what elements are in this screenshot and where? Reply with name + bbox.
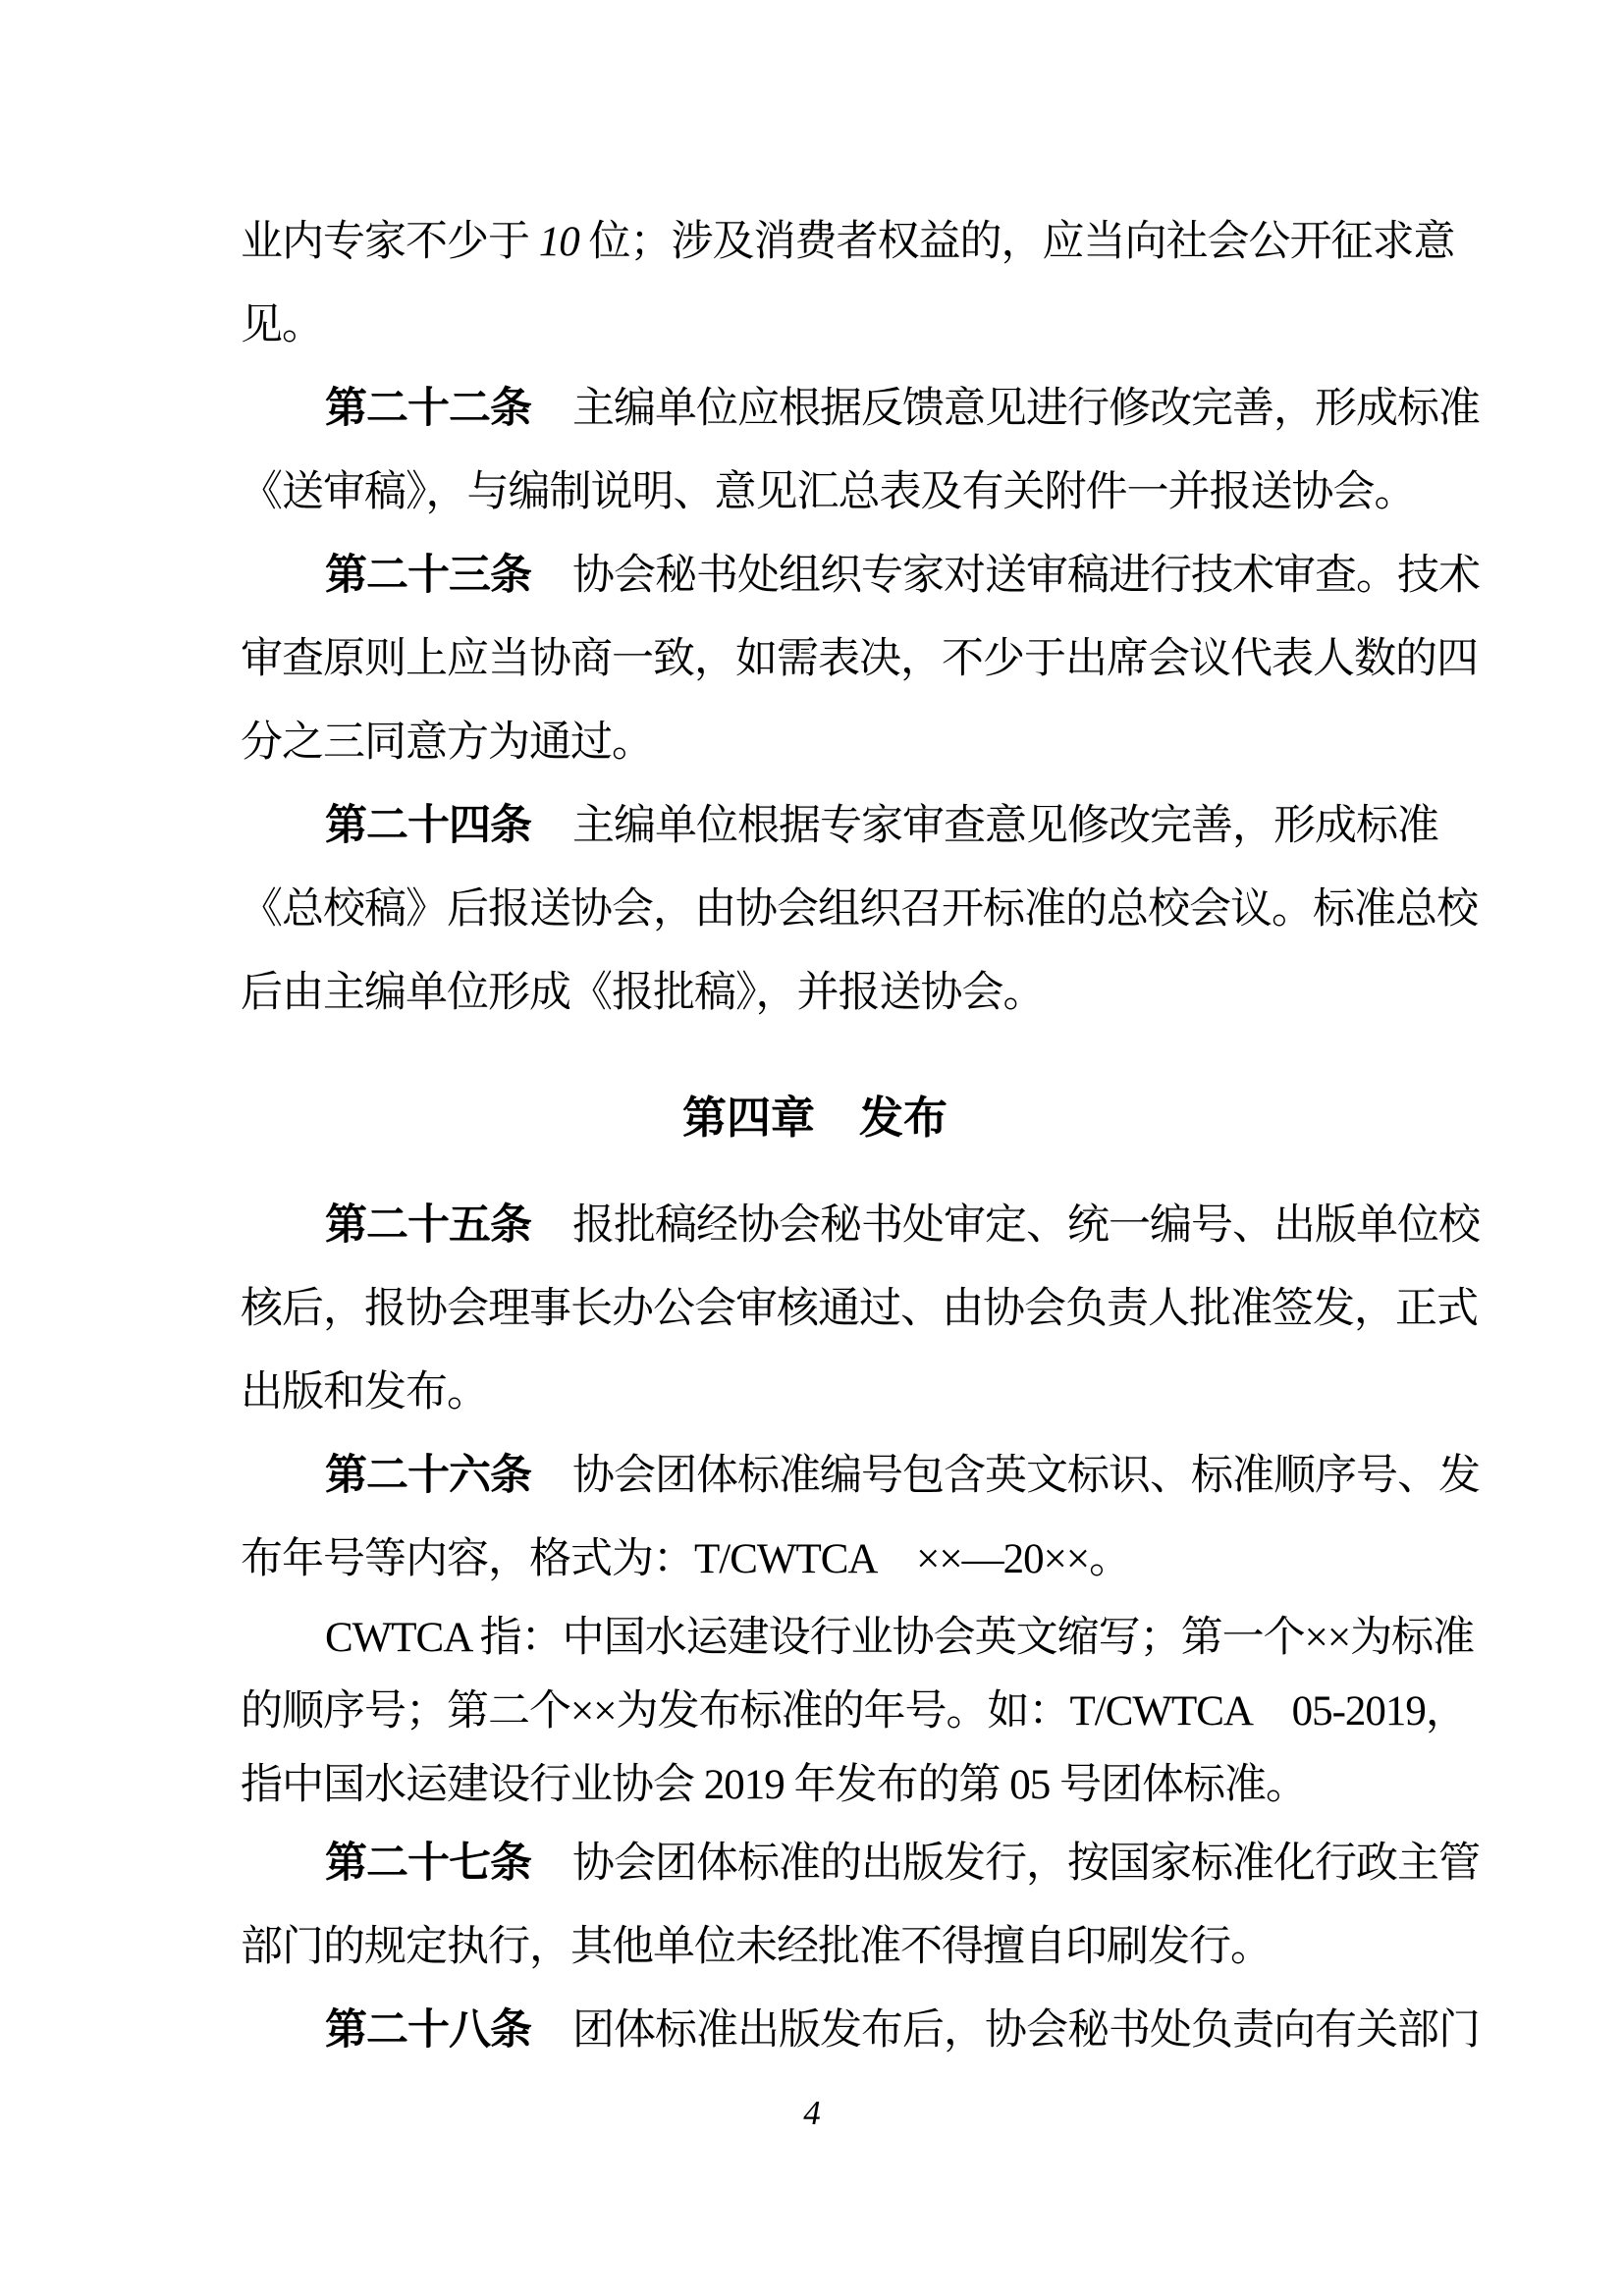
text-line: 《送审稿》，与编制说明、意见汇总表及有关附件一并报送协会。: [241, 451, 1389, 534]
text-run: 团体标准出版发布后，协会秘书处负责向有关部门: [531, 2007, 1480, 2054]
text-line: 《总校稿》后报送协会，由协会组织召开标准的总校会议。标准总校: [241, 868, 1389, 951]
article-number: 第二十七条: [325, 1840, 531, 1887]
text-run: 出版和发布。: [241, 1369, 488, 1415]
paragraph: 业内专家不少于 10 位；涉及消费者权益的，应当向社会公开征求意见。: [241, 200, 1389, 367]
text-run: 位；涉及消费者权益的，应当向社会公开征求意: [579, 219, 1455, 265]
text-run: 的顺序号；第二个××为发布标准的年号。如：T/CWTCA 05-2019，: [241, 1688, 1467, 1735]
text-line: 第二十三条 协会秘书处组织专家对送审稿进行技术审查。技术: [241, 534, 1389, 617]
text-run: 审查原则上应当协商一致，如需表决，不少于出席会议代表人数的四: [241, 636, 1478, 682]
text-line: 后由主编单位形成《报批稿》，并报送协会。: [241, 951, 1389, 1035]
article-number: 第四章 发布: [682, 1093, 947, 1143]
text-run: 《总校稿》后报送协会，由协会组织召开标准的总校会议。标准总校: [241, 886, 1478, 933]
text-line: 见。: [241, 284, 1389, 367]
text-run: 部门的规定执行，其他单位未经批准不得擅自印刷发行。: [241, 1924, 1272, 1970]
text-line: 的顺序号；第二个××为发布标准的年号。如：T/CWTCA 05-2019，: [241, 1675, 1389, 1748]
text-run: 布年号等内容，格式为：T/CWTCA ××—20××。: [241, 1536, 1130, 1582]
page-number: 4: [0, 2089, 1624, 2138]
text-run: 协会团体标准编号包含英文标识、标准顺序号、发: [531, 1453, 1480, 1499]
text-line: 部门的规定执行，其他单位未经批准不得擅自印刷发行。: [241, 1905, 1389, 1989]
text-line: 第二十六条 协会团体标准编号包含英文标识、标准顺序号、发: [241, 1434, 1389, 1518]
article-number: 第二十五条: [325, 1201, 531, 1249]
text-run: 《送审稿》，与编制说明、意见汇总表及有关附件一并报送协会。: [241, 469, 1416, 515]
text-run: 见。: [241, 302, 323, 348]
text-line: 第二十五条 报批稿经协会秘书处审定、统一编号、出版单位校: [241, 1184, 1389, 1267]
paragraph: 第二十五条 报批稿经协会秘书处审定、统一编号、出版单位校核后，报协会理事长办公会…: [241, 1184, 1389, 1434]
numeral-text: 10: [539, 219, 579, 265]
text-line: 布年号等内容，格式为：T/CWTCA ××—20××。: [241, 1518, 1389, 1601]
text-line: 指中国水运建设行业协会 2019 年发布的第 05 号团体标准。: [241, 1748, 1389, 1822]
paragraph: 第二十四条 主编单位根据专家审查意见修改完善，形成标准《总校稿》后报送协会，由协…: [241, 784, 1389, 1035]
text-run: 后由主编单位形成《报批稿》，并报送协会。: [241, 970, 1045, 1016]
text-run: 协会秘书处组织专家对送审稿进行技术审查。技术: [531, 553, 1480, 599]
paragraph: 第二十三条 协会秘书处组织专家对送审稿进行技术审查。技术审查原则上应当协商一致，…: [241, 534, 1389, 784]
paragraph: 第二十二条 主编单位应根据反馈意见进行修改完善，形成标准《送审稿》，与编制说明、…: [241, 367, 1389, 534]
text-line: 核后，报协会理事长办公会审核通过、由协会负责人批准签发，正式: [241, 1267, 1389, 1351]
text-line: 第二十四条 主编单位根据专家审查意见修改完善，形成标准: [241, 784, 1389, 868]
text-run: 指中国水运建设行业协会 2019 年发布的第 05 号团体标准。: [241, 1762, 1307, 1808]
paragraph: 第二十六条 协会团体标准编号包含英文标识、标准顺序号、发布年号等内容，格式为：T…: [241, 1434, 1389, 1601]
paragraph: 第二十八条 团体标准出版发布后，协会秘书处负责向有关部门: [241, 1989, 1389, 2072]
chapter-heading: 第四章 发布: [241, 1076, 1389, 1160]
document-page: 业内专家不少于 10 位；涉及消费者权益的，应当向社会公开征求意见。第二十二条 …: [0, 0, 1624, 2296]
text-line: 第二十八条 团体标准出版发布后，协会秘书处负责向有关部门: [241, 1989, 1389, 2072]
text-run: 主编单位应根据反馈意见进行修改完善，形成标准: [531, 386, 1480, 432]
text-line: 出版和发布。: [241, 1351, 1389, 1434]
text-line: 第二十七条 协会团体标准的出版发行，按国家标准化行政主管: [241, 1822, 1389, 1905]
text-line: 分之三同意方为通过。: [241, 701, 1389, 784]
text-run: 报批稿经协会秘书处审定、统一编号、出版单位校: [531, 1202, 1480, 1249]
document-content: 业内专家不少于 10 位；涉及消费者权益的，应当向社会公开征求意见。第二十二条 …: [241, 200, 1389, 2072]
text-run: 协会团体标准的出版发行，按国家标准化行政主管: [531, 1841, 1480, 1887]
article-number: 第二十二条: [325, 385, 531, 432]
text-run: 主编单位根据专家审查意见修改完善，形成标准: [531, 803, 1438, 849]
paragraph: 第二十七条 协会团体标准的出版发行，按国家标准化行政主管部门的规定执行，其他单位…: [241, 1822, 1389, 1989]
article-number: 第二十八条: [325, 2006, 531, 2054]
text-line: 第二十二条 主编单位应根据反馈意见进行修改完善，形成标准: [241, 367, 1389, 451]
article-number: 第二十六条: [325, 1452, 531, 1499]
text-run: 分之三同意方为通过。: [241, 720, 653, 766]
paragraph: CWTCA 指：中国水运建设行业协会英文缩写；第一个××为标准的顺序号；第二个×…: [241, 1601, 1389, 1822]
text-line: 业内专家不少于 10 位；涉及消费者权益的，应当向社会公开征求意: [241, 200, 1389, 284]
text-line: 审查原则上应当协商一致，如需表决，不少于出席会议代表人数的四: [241, 617, 1389, 701]
text-line: CWTCA 指：中国水运建设行业协会英文缩写；第一个××为标准: [241, 1601, 1389, 1675]
text-run: 业内专家不少于: [241, 219, 539, 265]
text-run: 核后，报协会理事长办公会审核通过、由协会负责人批准签发，正式: [241, 1286, 1478, 1332]
article-number: 第二十四条: [325, 802, 531, 849]
text-run: CWTCA 指：中国水运建设行业协会英文缩写；第一个××为标准: [325, 1615, 1474, 1661]
article-number: 第二十三条: [325, 552, 531, 599]
